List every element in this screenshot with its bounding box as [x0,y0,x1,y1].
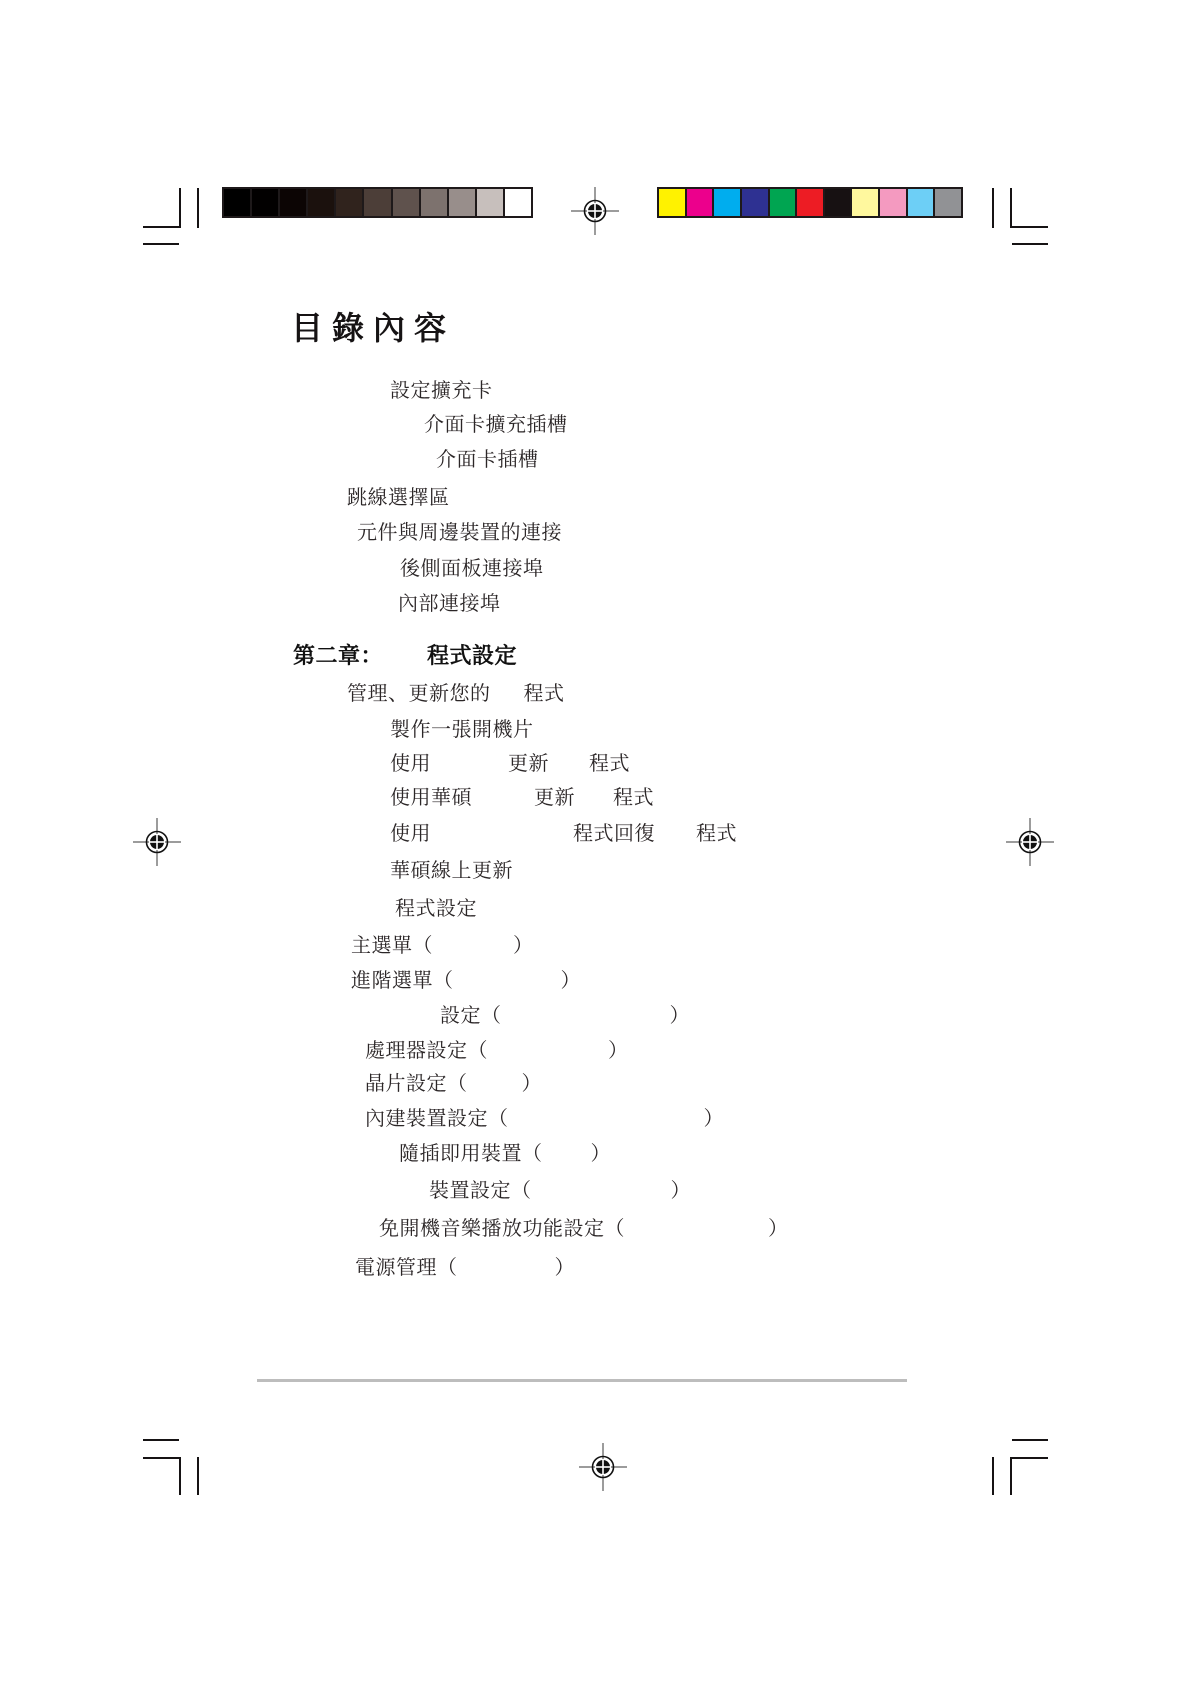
text-gap [491,699,524,700]
toc-text: 第二章： [293,643,383,668]
page-title: 目錄內容 [291,312,455,344]
toc-entry: 設定（） [440,1005,690,1027]
color-swatch [825,189,851,216]
toc-text: 管理、更新您的 [347,683,491,705]
toc-entry: 使用程式回復程式 [390,823,737,845]
toc-text: 製作一張開機片 [390,719,534,741]
toc-text: ） [555,1257,576,1279]
toc-text: ） [513,935,534,957]
toc-text: 設定擴充卡 [390,380,493,402]
crop-mark [143,1439,179,1441]
color-swatch [797,189,823,216]
text-gap [468,1089,522,1090]
crop-mark [143,243,179,245]
toc-text: 程式 [589,753,630,775]
toc-entry: 後側面板連接埠 [400,558,544,580]
color-swatch [714,189,740,216]
text-gap [532,1196,671,1197]
color-swatch [393,189,419,216]
toc-text: 更新 [534,787,575,809]
text-gap [458,1273,555,1274]
registration-mark-icon [133,818,181,866]
toc-text: 裝置設定（ [429,1180,532,1202]
toc-text: 介面卡插槽 [436,449,539,471]
color-swatch [280,189,306,216]
text-gap [383,662,427,663]
color-swatch [421,189,447,216]
toc-entry: 進階選單（） [351,970,581,992]
toc-entry: 電源管理（） [355,1257,575,1279]
color-swatch [770,189,796,216]
crop-mark [1010,1457,1012,1495]
toc-text: 後側面板連接埠 [400,558,544,580]
color-swatch [308,189,334,216]
toc-entry: 介面卡擴充插槽 [424,414,568,436]
toc-text: 主選單（ [351,935,433,957]
color-swatch [505,189,531,216]
crop-mark [197,188,199,228]
text-gap [502,1021,670,1022]
text-gap [549,769,589,770]
toc-text: ） [522,1073,543,1095]
color-swatch [880,189,906,216]
color-swatch [659,189,685,216]
color-swatch [908,189,934,216]
toc-entry: 隨插即用裝置（） [399,1143,611,1165]
toc-text: ） [608,1040,629,1062]
toc-text: 設定（ [440,1005,502,1027]
chapter-heading: 第二章：程式設定 [293,644,517,668]
toc-text: 晶片設定（ [365,1073,468,1095]
toc-entry: 製作一張開機片 [390,719,534,741]
toc-text: 程式設定 [395,898,477,920]
text-gap [431,839,573,840]
crop-mark [197,1457,199,1495]
registration-mark-icon [579,1443,627,1491]
toc-text: 更新 [508,753,549,775]
toc-text: 內建裝置設定（ [365,1108,509,1130]
crop-mark [143,226,181,228]
text-gap [625,1234,768,1235]
color-swatch [336,189,362,216]
toc-entry: 處理器設定（） [365,1040,629,1062]
toc-entry: 管理、更新您的程式 [347,683,565,705]
text-gap [543,1159,591,1160]
text-gap [472,803,534,804]
color-swatch [224,189,250,216]
text-gap [454,986,561,987]
toc-text: 介面卡擴充插槽 [424,414,568,436]
toc-text: 元件與周邊裝置的連接 [357,522,562,544]
crop-mark [179,1457,181,1495]
crop-mark [1012,1439,1048,1441]
toc-entry: 使用更新程式 [390,753,630,775]
toc-text: 程式回復 [573,823,655,845]
toc-text: 使用 [390,823,431,845]
color-swatch [935,189,961,216]
toc-text: 程式 [524,683,565,705]
color-swatch [687,189,713,216]
toc-entry: 裝置設定（） [429,1180,691,1202]
toc-entry: 元件與周邊裝置的連接 [357,522,562,544]
separator-line [257,1379,907,1382]
text-gap [488,1056,608,1057]
text-gap [655,839,696,840]
color-swatch [852,189,878,216]
toc-entry: 介面卡插槽 [436,449,539,471]
color-swatch [252,189,278,216]
toc-text: ） [768,1218,789,1240]
toc-text: ） [671,1180,692,1202]
toc-entry: 內建裝置設定（） [365,1108,724,1130]
text-gap [509,1124,704,1125]
toc-text: ） [591,1143,612,1165]
color-swatch [449,189,475,216]
manual-toc-page: 目錄內容 設定擴充卡介面卡擴充插槽介面卡插槽跳線選擇區元件與周邊裝置的連接後側面… [0,0,1191,1685]
toc-text: 華碩線上更新 [390,860,513,882]
toc-text: 內部連接埠 [398,593,501,615]
toc-text: 電源管理（ [355,1257,458,1279]
text-gap [433,951,513,952]
toc-text: ） [670,1005,691,1027]
text-gap [431,769,508,770]
toc-text: 程式 [696,823,737,845]
registration-mark-icon [571,187,619,235]
color-swatch [742,189,768,216]
toc-entry: 內部連接埠 [398,593,501,615]
toc-entry: 使用華碩更新程式 [390,787,654,809]
toc-text: 隨插即用裝置（ [399,1143,543,1165]
toc-text: 程式設定 [427,643,517,668]
color-calibration-bar [657,187,963,218]
toc-text: 處理器設定（ [365,1040,488,1062]
toc-entry: 晶片設定（） [365,1073,542,1095]
toc-text: 使用 [390,753,431,775]
toc-text: 進階選單（ [351,970,454,992]
color-swatch [477,189,503,216]
toc-entry: 跳線選擇區 [347,487,450,509]
toc-entry: 免開機音樂播放功能設定（） [379,1218,789,1240]
crop-mark [992,188,994,228]
crop-mark [143,1457,181,1459]
crop-mark [179,188,181,228]
crop-mark [1010,1457,1048,1459]
toc-text: 跳線選擇區 [347,487,450,509]
crop-mark [1010,226,1048,228]
text-gap [575,803,613,804]
toc-entry: 設定擴充卡 [390,380,493,402]
toc-entry: 程式設定 [395,898,477,920]
crop-mark [1010,188,1012,228]
toc-text: ） [704,1108,725,1130]
grayscale-calibration-bar [222,187,533,218]
toc-text: ） [561,970,582,992]
toc-text: 免開機音樂播放功能設定（ [379,1218,625,1240]
toc-entry: 華碩線上更新 [390,860,513,882]
toc-text: 程式 [613,787,654,809]
color-swatch [364,189,390,216]
toc-entry: 主選單（） [351,935,534,957]
crop-mark [1012,243,1048,245]
registration-mark-icon [1006,818,1054,866]
toc-text: 使用華碩 [390,787,472,809]
crop-mark [992,1457,994,1495]
